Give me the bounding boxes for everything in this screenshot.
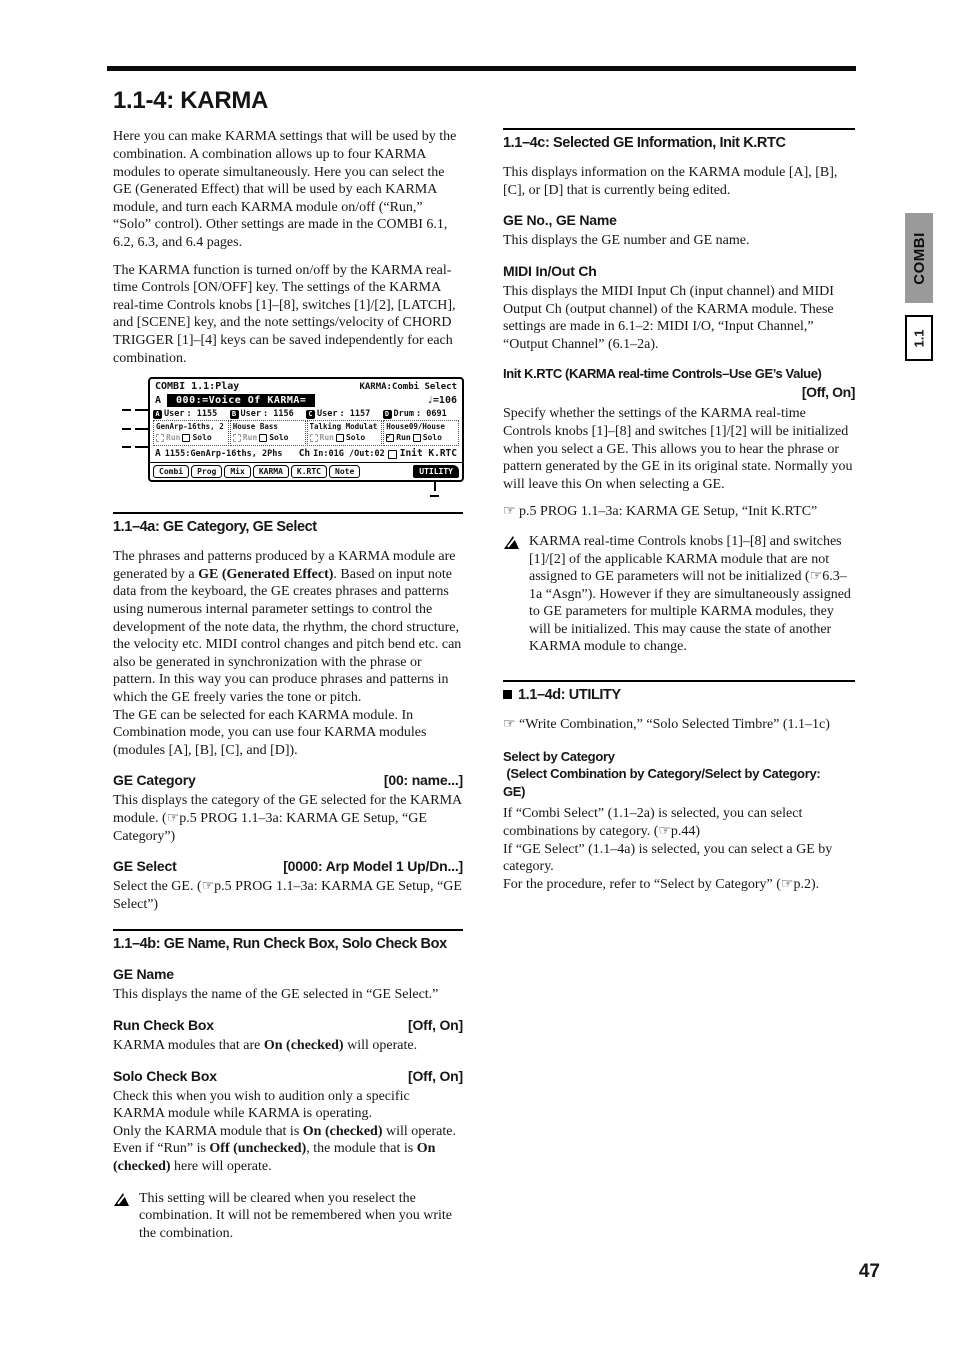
solo-checkbox <box>259 434 267 442</box>
module-bank-label: User <box>317 409 337 420</box>
callout-line <box>434 482 436 491</box>
lcd-tab-karma: KARMA <box>253 465 289 478</box>
param-range: [00: name...] <box>384 772 463 788</box>
callout-line <box>135 428 148 430</box>
reference-text: ☞ “Write Combination,” “Solo Selected Ti… <box>503 716 855 734</box>
ge-name: GenArp-16ths, 2 <box>156 422 226 432</box>
module-box: House09/House Run Solo <box>383 420 459 446</box>
init-krtc-label: Init K.RTC <box>400 448 457 460</box>
module-number: : 1155 <box>186 409 217 420</box>
section-heading-c: 1.1–4c: Selected GE Information, Init K.… <box>503 128 855 152</box>
solo-label: Solo <box>346 432 365 444</box>
param-desc: Specify whether the settings of the KARM… <box>503 405 855 493</box>
param-desc: This displays the GE number and GE name. <box>503 232 855 250</box>
lcd-tempo: ♩=106 <box>427 394 457 407</box>
module-number: : 1156 <box>263 409 294 420</box>
right-column: 1.1–4c: Selected GE Information, Init K.… <box>503 112 855 903</box>
param-desc: KARMA modules that are On (checked) will… <box>113 1037 463 1055</box>
lcd-combi-name: 000:=Voice Of KARMA= <box>167 394 315 407</box>
note-text: This setting will be cleared when you re… <box>139 1190 463 1243</box>
lcd-tab-krtc: K.RTC <box>291 465 327 478</box>
module-select-cell: DDrum: 0691 <box>383 409 460 420</box>
lcd-figure: COMBI 1.1:Play KARMA:Combi Select A 000:… <box>148 377 464 482</box>
module-box: Talking Modulat Run Solo <box>307 420 383 446</box>
callout-dash <box>122 446 131 448</box>
intro-paragraph-1: Here you can make KARMA settings that wi… <box>113 128 463 251</box>
run-label: Run <box>166 432 180 444</box>
param-range: [Off, On] <box>408 1017 463 1033</box>
lcd-page-title: COMBI 1.1:Play <box>155 381 239 393</box>
module-bank-label: User <box>164 409 184 420</box>
param-run-check-box: Run Check Box [Off, On] <box>113 1017 463 1033</box>
module-select-cell: AUser: 1155 <box>153 409 230 420</box>
param-solo-check-box: Solo Check Box [Off, On] <box>113 1068 463 1084</box>
param-name: Solo Check Box <box>113 1068 217 1084</box>
solo-label: Solo <box>423 432 442 444</box>
note-text: KARMA real-time Controls knobs [1]–[8] a… <box>529 533 855 656</box>
lcd-info-bar: A 1155:GenArp-16ths, 2Phs Ch In:01G /Out… <box>150 447 462 462</box>
param-desc: This displays the category of the GE sel… <box>113 792 463 845</box>
param-range: [Off, On] <box>503 383 855 401</box>
module-select-cell: CUser: 1157 <box>306 409 383 420</box>
module-select-cell: BUser: 1156 <box>230 409 307 420</box>
param-name: Run Check Box <box>113 1017 214 1033</box>
lcd-tab-prog: Prog <box>191 465 222 478</box>
module-number: : 1157 <box>339 409 370 420</box>
module-bank-label: Drum <box>394 409 414 420</box>
ge-name: Talking Modulat <box>310 422 380 432</box>
solo-label: Solo <box>192 432 211 444</box>
init-krtc-checkbox <box>388 450 397 459</box>
lcd-module-select-row: AUser: 1155 BUser: 1156 CUser: 1157 DDru… <box>150 408 462 420</box>
param-midi-in-out-ch: MIDI In/Out Ch <box>503 263 855 279</box>
info-bank-letter: A <box>155 448 161 460</box>
section-d-body: If “Combi Select” (1.1–2a) is selected, … <box>503 805 855 893</box>
param-range: [0000: Arp Model 1 Up/Dn...] <box>283 858 463 874</box>
lcd-bank-letter: A <box>155 394 161 407</box>
param-range: [Off, On] <box>408 1068 463 1084</box>
param-ge-name: GE Name <box>113 966 463 982</box>
solo-checkbox <box>336 434 344 442</box>
lcd-tab-utility: UTILITY <box>413 465 459 478</box>
run-checkbox <box>233 434 241 442</box>
module-box: GenArp-16ths, 2 Run Solo <box>153 420 229 446</box>
utility-select-by-category-heading: Select by Category (Select Combination b… <box>503 748 855 801</box>
callout-dash <box>122 409 131 411</box>
side-tab-combi: COMBI <box>905 213 933 303</box>
lcd-header: COMBI 1.1:Play KARMA:Combi Select <box>150 379 462 393</box>
module-badge: C <box>306 410 315 419</box>
left-column: 1.1-4: KARMA Here you can make KARMA set… <box>113 88 463 1242</box>
lcd-tab-note: Note <box>329 465 360 478</box>
section-heading-a: 1.1–4a: GE Category, GE Select <box>113 512 463 536</box>
solo-checkbox <box>413 434 421 442</box>
top-rule <box>107 66 856 71</box>
ch-label: Ch <box>299 448 310 460</box>
note-icon <box>113 1190 131 1243</box>
param-ge-select: GE Select [0000: Arp Model 1 Up/Dn...] <box>113 858 463 874</box>
run-checkbox <box>386 434 394 442</box>
section-marker-square <box>503 690 512 699</box>
section-a-body: The phrases and patterns produced by a K… <box>113 548 463 759</box>
section-heading-d: 1.1–4d: UTILITY <box>503 680 855 704</box>
lcd-combi-row: A 000:=Voice Of KARMA= ♩=106 <box>150 393 462 408</box>
note-block: This setting will be cleared when you re… <box>113 1190 463 1243</box>
intro-paragraph-2: The KARMA function is turned on/off by t… <box>113 262 463 368</box>
page-title: 1.1-4: KARMA <box>113 88 463 114</box>
solo-label: Solo <box>269 432 288 444</box>
lcd-tab-mix: Mix <box>224 465 250 478</box>
module-badge: A <box>153 410 162 419</box>
param-ge-category: GE Category [00: name...] <box>113 772 463 788</box>
param-init-krtc: Init K.RTC (KARMA real-time Controls–Use… <box>503 366 855 401</box>
param-desc: Select the GE. (☞p.5 PROG 1.1–3a: KARMA … <box>113 878 463 913</box>
param-desc: Check this when you wish to audition onl… <box>113 1088 463 1176</box>
callout-line <box>135 446 148 448</box>
param-name: Init K.RTC (KARMA real-time Controls–Use… <box>503 366 821 381</box>
manual-page: 1.1-4: KARMA Here you can make KARMA set… <box>0 0 954 1351</box>
lcd-tab-combi: Combi <box>153 465 189 478</box>
param-name: GE Category <box>113 772 196 788</box>
ch-value: In:01G /Out:02 <box>313 448 385 460</box>
callout-dash <box>122 428 131 430</box>
run-label: Run <box>243 432 257 444</box>
run-checkbox <box>156 434 164 442</box>
ge-name: House09/House <box>386 422 456 432</box>
module-badge: D <box>383 410 392 419</box>
solo-checkbox <box>182 434 190 442</box>
note-block: KARMA real-time Controls knobs [1]–[8] a… <box>503 533 855 656</box>
callout-line <box>135 409 148 411</box>
param-desc: This displays the name of the GE selecte… <box>113 986 463 1004</box>
lcd-tab-bar: Combi Prog Mix KARMA K.RTC Note UTILITY <box>150 462 462 480</box>
reference-text: ☞ p.5 PROG 1.1–3a: KARMA GE Setup, “Init… <box>503 503 855 521</box>
section-heading-b: 1.1–4b: GE Name, Run Check Box, Solo Che… <box>113 929 463 953</box>
note-icon <box>503 533 521 656</box>
module-badge: B <box>230 410 239 419</box>
side-tab-page-1-1: 1.1 <box>905 315 933 361</box>
page-number: 47 <box>820 1261 880 1283</box>
module-box: House Bass Run Solo <box>230 420 306 446</box>
run-label: Run <box>396 432 410 444</box>
ge-name: House Bass <box>233 422 303 432</box>
param-name: GE Select <box>113 858 177 874</box>
section-c-intro: This displays information on the KARMA m… <box>503 164 855 199</box>
lcd-mode-label: KARMA:Combi Select <box>359 381 457 393</box>
info-ge-name: 1155:GenArp-16ths, 2Phs <box>165 448 283 460</box>
lcd-module-boxes: GenArp-16ths, 2 Run Solo House Bass Run … <box>150 420 462 447</box>
run-label: Run <box>320 432 334 444</box>
run-checkbox <box>310 434 318 442</box>
param-ge-no-name: GE No., GE Name <box>503 212 855 228</box>
lcd-screen: COMBI 1.1:Play KARMA:Combi Select A 000:… <box>148 377 464 482</box>
module-bank-label: User <box>241 409 261 420</box>
callout-dash <box>430 495 439 497</box>
param-desc: This displays the MIDI Input Ch (input c… <box>503 283 855 353</box>
module-number: : 0691 <box>416 409 447 420</box>
